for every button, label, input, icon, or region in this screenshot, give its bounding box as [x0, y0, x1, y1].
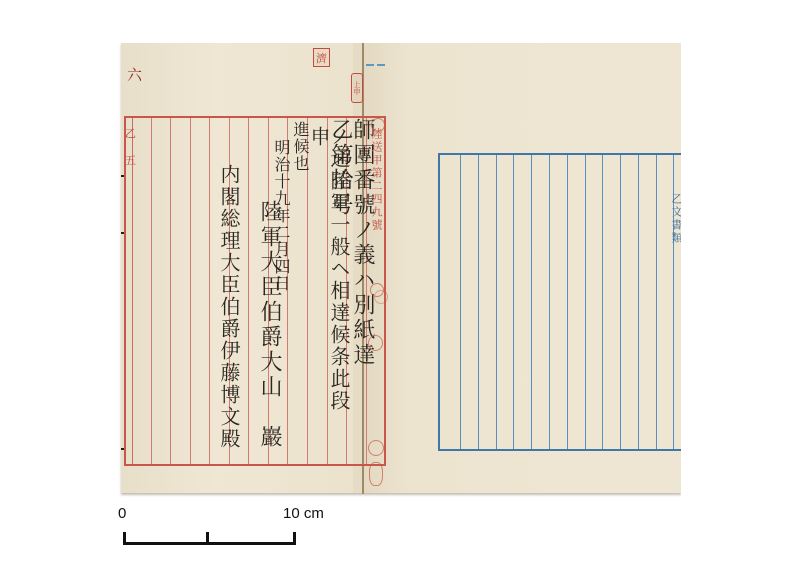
document-number-label: 陸送甲第二四九號: [371, 128, 382, 232]
round-seal: [368, 440, 384, 456]
blue-rule: [496, 155, 497, 449]
seal-sai: 濟: [313, 48, 330, 67]
round-seal: [369, 462, 383, 486]
blue-rule: [567, 155, 568, 449]
page-number-char: 六: [127, 64, 142, 85]
handwritten-column-6: 内閣総理大臣伯爵伊藤博文殿: [219, 164, 239, 450]
blue-rule: [656, 155, 657, 449]
binding-mark: [121, 175, 124, 177]
round-seal: [368, 335, 383, 351]
blue-rule: [638, 155, 639, 449]
blue-mark: [377, 64, 385, 66]
seal-joshin: 上申: [351, 73, 363, 103]
background: [681, 43, 800, 498]
handwritten-column-3: 進候也: [292, 121, 308, 172]
red-rule: [248, 118, 249, 464]
blue-rule: [460, 155, 461, 449]
blue-rule: [585, 155, 586, 449]
blue-rule: [513, 155, 514, 449]
handwritten-column-2: ノ通陸軍一般ヘ相達候条此段申: [309, 126, 349, 426]
margin-char: 乙: [125, 125, 136, 141]
round-seal: [371, 118, 385, 132]
blue-mark: [366, 64, 374, 66]
red-rule: [190, 118, 191, 464]
blue-ruled-frame: [438, 153, 688, 451]
red-rule: [209, 118, 210, 464]
margin-char: 五: [125, 152, 136, 168]
round-seal: [374, 290, 388, 304]
scale-bar-line: [123, 542, 296, 545]
handwritten-column-5: 陸軍大臣伯爵大山 巖: [258, 200, 280, 450]
binding-mark: [121, 232, 124, 234]
scale-start-label: 0: [118, 505, 126, 522]
red-inner-border: [132, 118, 133, 464]
scale-tick-mid: [206, 532, 209, 545]
scale-tick-start: [123, 532, 126, 545]
blue-rule: [478, 155, 479, 449]
scale-end-label: 10 cm: [283, 505, 324, 522]
scale-tick-end: [293, 532, 296, 545]
blue-rule: [602, 155, 603, 449]
red-rule: [151, 118, 152, 464]
red-rule: [170, 118, 171, 464]
blue-rule: [620, 155, 621, 449]
binding-mark: [121, 448, 124, 450]
blue-rule: [549, 155, 550, 449]
blue-rule: [531, 155, 532, 449]
